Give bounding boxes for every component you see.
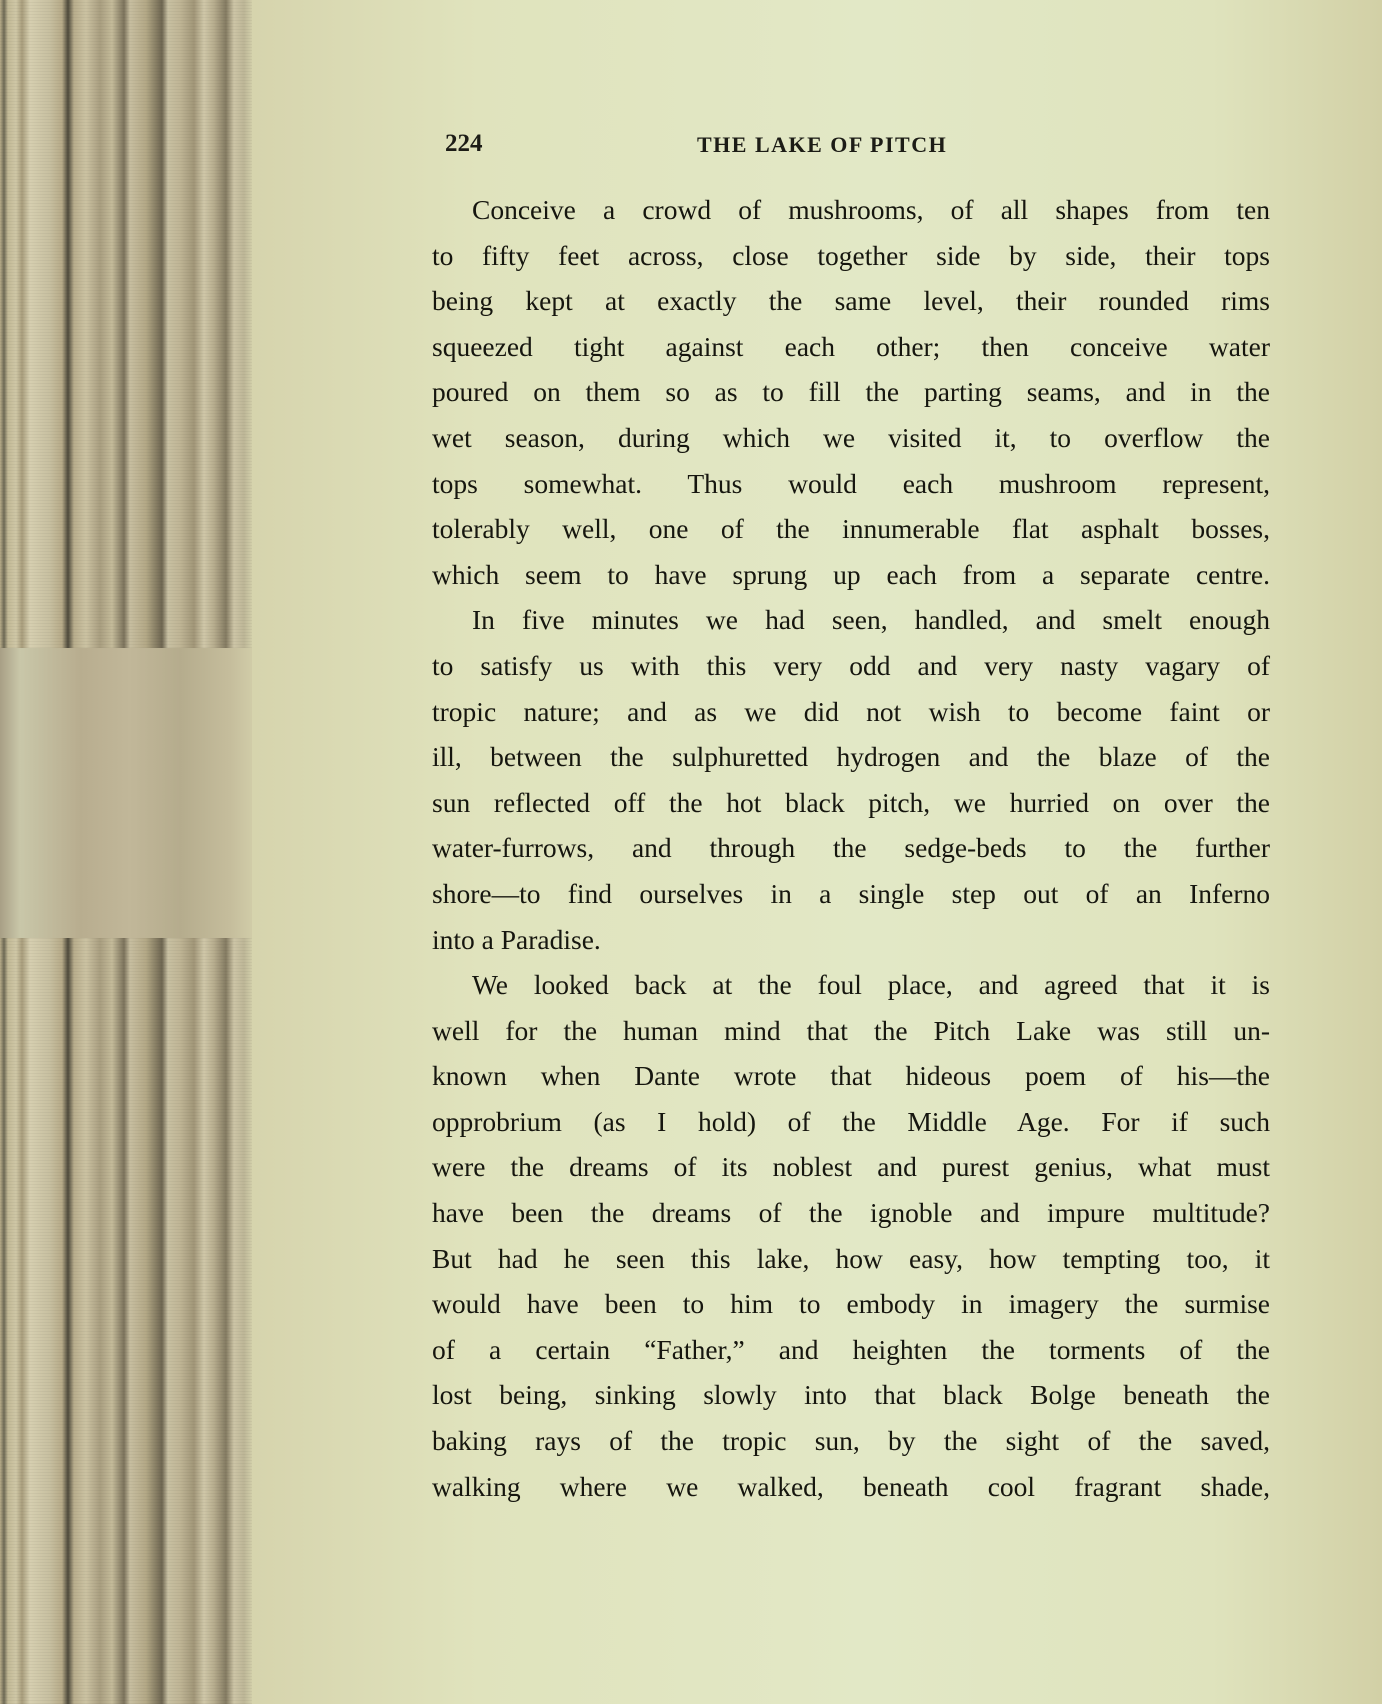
text-line: walking where we walked, beneath cool fr… [432,1464,1270,1510]
text-line: well for the human mind that the Pitch L… [432,1008,1270,1054]
text-line: were the dreams of its noblest and pures… [432,1144,1270,1190]
text-line: lost being, sinking slowly into that bla… [432,1372,1270,1418]
text-line: squeezed tight against each other; then … [432,324,1270,370]
text-line: In five minutes we had seen, handled, an… [432,597,1270,643]
page-header: 224 THE LAKE OF PITCH [445,130,1015,166]
page-number: 224 [445,130,483,158]
running-title: THE LAKE OF PITCH [697,132,947,158]
text-line: tropic nature; and as we did not wish to… [432,689,1270,735]
text-line: which seem to have sprung up each from a… [432,552,1270,598]
text-line: poured on them so as to fill the parting… [432,369,1270,415]
text-line: known when Dante wrote that hideous poem… [432,1053,1270,1099]
text-line: shore—to find ourselves in a single step… [432,871,1270,917]
text-line: of a certain “Father,” and heighten the … [432,1327,1270,1373]
text-line: to fifty feet across, close together sid… [432,233,1270,279]
text-line: being kept at exactly the same level, th… [432,278,1270,324]
text-line: water-furrows, and through the sedge-bed… [432,825,1270,871]
text-line: But had he seen this lake, how easy, how… [432,1236,1270,1282]
text-line: baking rays of the tropic sun, by the si… [432,1418,1270,1464]
body-text: Conceive a crowd of mushrooms, of all sh… [432,187,1270,1509]
text-line: tops somewhat. Thus would each mushroom … [432,461,1270,507]
text-line: tolerably well, one of the innumerable f… [432,506,1270,552]
text-line: sun reflected off the hot black pitch, w… [432,780,1270,826]
text-line: wet season, during which we visited it, … [432,415,1270,461]
text-line: have been the dreams of the ignoble and … [432,1190,1270,1236]
text-line: Conceive a crowd of mushrooms, of all sh… [432,187,1270,233]
text-line: opprobrium (as I hold) of the Middle Age… [432,1099,1270,1145]
text-line: into a Paradise. [432,917,1270,963]
text-line: We looked back at the foul place, and ag… [432,962,1270,1008]
page-edges-blur [0,648,290,938]
text-line: ill, between the sulphuretted hydrogen a… [432,734,1270,780]
text-line: would have been to him to embody in imag… [432,1281,1270,1327]
text-line: to satisfy us with this very odd and ver… [432,643,1270,689]
